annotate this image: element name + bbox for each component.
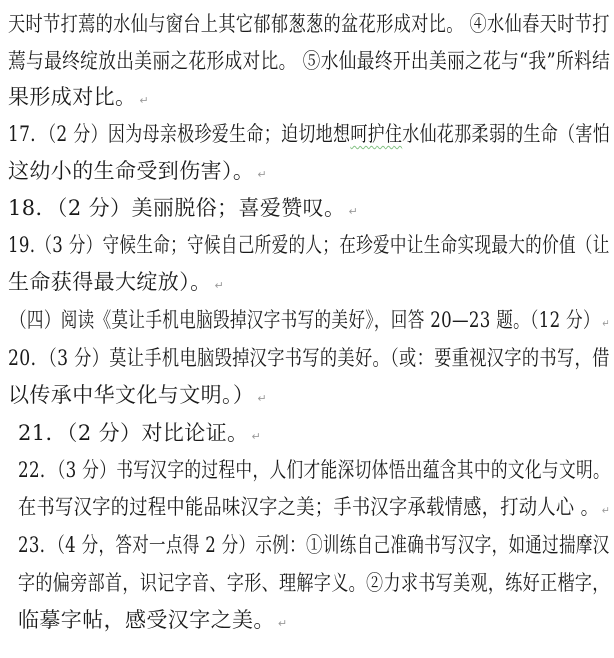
text-line: 字的偏旁部首，识记字音、字形、理解字义。②力求书写美观，练好正楷字，	[18, 568, 610, 598]
text-line: 果形成对比。↵	[8, 82, 149, 112]
text-line: （四）阅读《莫让手机电脑毁掉汉字书写的美好》，回答 20—23 题。（12 分）…	[10, 305, 610, 335]
line-text: 18．（2 分）美丽脱俗；喜爱赞叹。	[8, 196, 345, 220]
line-text: 临摹字帖，感受汉字之美。	[18, 608, 275, 632]
text-line: 23．（4 分，答对一点得 2 分）示例：①训练自己准确书写汉字，如通过揣摩汉	[18, 530, 610, 560]
text-line: 18．（2 分）美丽脱俗；喜爱赞叹。↵	[8, 193, 358, 223]
line-text: 果形成对比。	[8, 85, 136, 109]
text-line: 天时节打蔫的水仙与窗台上其它郁郁葱葱的盆花形成对比。 ④水仙春天时节打	[8, 9, 610, 39]
line-text: （四）阅读《莫让手机电脑毁掉汉字书写的美好》，回答 20—23 题。（12 分）	[10, 308, 600, 332]
line-text: 17．（2 分）因为母亲极珍爱生命；迫切地想	[8, 122, 350, 146]
line-text: 这幼小的生命受到伤害）。	[8, 159, 254, 183]
text-line: 在书写汉字的过程中能品味汉字之美；手书汉字承载情感，打动人心 。↵	[18, 492, 610, 522]
text-line: 20．（3 分）莫让手机电脑毁掉汉字书写的美好。（或：要重视汉字的书写，借	[8, 343, 610, 373]
line-text: 19.（3 分）守候生命；守候自己所爱的人；在珍爱中让生命实现最大的价值（让	[8, 233, 610, 257]
line-text: 蔫与最终绽放出美丽之花形成对比。 ⑤水仙最终开出美丽之花与“我”所料结	[8, 49, 610, 73]
grammar-squiggle-text[interactable]: 呵护住	[350, 122, 402, 146]
text-line: 22．（3 分）书写汉字的过程中，人们才能深切体悟出蕴含其中的文化与文明。	[18, 455, 610, 485]
text-line: 临摹字帖，感受汉字之美。↵	[18, 605, 287, 635]
paragraph-mark-icon: ↵	[215, 279, 225, 292]
line-text: 22．（3 分）书写汉字的过程中，人们才能深切体悟出蕴含其中的文化与文明。	[18, 458, 610, 482]
paragraph-mark-icon: ↵	[257, 168, 267, 181]
text-line: 生命获得最大绽放）。↵	[8, 267, 224, 297]
line-text: 水仙花那柔弱的生命（害怕	[402, 122, 610, 146]
line-text: 字的偏旁部首，识记字音、字形、理解字义。②力求书写美观，练好正楷字，	[18, 571, 610, 595]
text-line: 以传承中华文化与文明。）↵	[8, 380, 267, 410]
paragraph-mark-icon: ↵	[257, 392, 267, 405]
paragraph-mark-icon: ↵	[278, 617, 288, 630]
text-line: 这幼小的生命受到伤害）。↵	[8, 156, 267, 186]
line-text: 以传承中华文化与文明。）	[8, 383, 254, 407]
line-text: 生命获得最大绽放）。	[8, 270, 212, 294]
paragraph-mark-icon: ↵	[602, 504, 610, 517]
text-line: 19.（3 分）守候生命；守候自己所爱的人；在珍爱中让生命实现最大的价值（让	[8, 230, 610, 260]
text-line: 蔫与最终绽放出美丽之花形成对比。 ⑤水仙最终开出美丽之花与“我”所料结	[8, 46, 610, 76]
line-text: 在书写汉字的过程中能品味汉字之美；手书汉字承载情感，打动人心 。	[18, 495, 599, 519]
paragraph-mark-icon: ↵	[139, 94, 149, 107]
line-text: 20．（3 分）莫让手机电脑毁掉汉字书写的美好。（或：要重视汉字的书写，借	[8, 346, 610, 370]
line-text: 23．（4 分，答对一点得 2 分）示例：①训练自己准确书写汉字，如通过揣摩汉	[18, 533, 610, 557]
text-line: 21．（2 分）对比论证。↵	[18, 418, 261, 448]
line-text: 21．（2 分）对比论证。	[18, 421, 248, 445]
paragraph-mark-icon: ↵	[602, 317, 610, 330]
paragraph-mark-icon: ↵	[348, 205, 358, 218]
line-text: 天时节打蔫的水仙与窗台上其它郁郁葱葱的盆花形成对比。 ④水仙春天时节打	[8, 12, 610, 36]
answer-key-document: 天时节打蔫的水仙与窗台上其它郁郁葱葱的盆花形成对比。 ④水仙春天时节打 蔫与最终…	[0, 0, 614, 658]
text-line: 17．（2 分）因为母亲极珍爱生命；迫切地想呵护住水仙花那柔弱的生命（害怕	[8, 119, 610, 149]
paragraph-mark-icon: ↵	[251, 430, 261, 443]
